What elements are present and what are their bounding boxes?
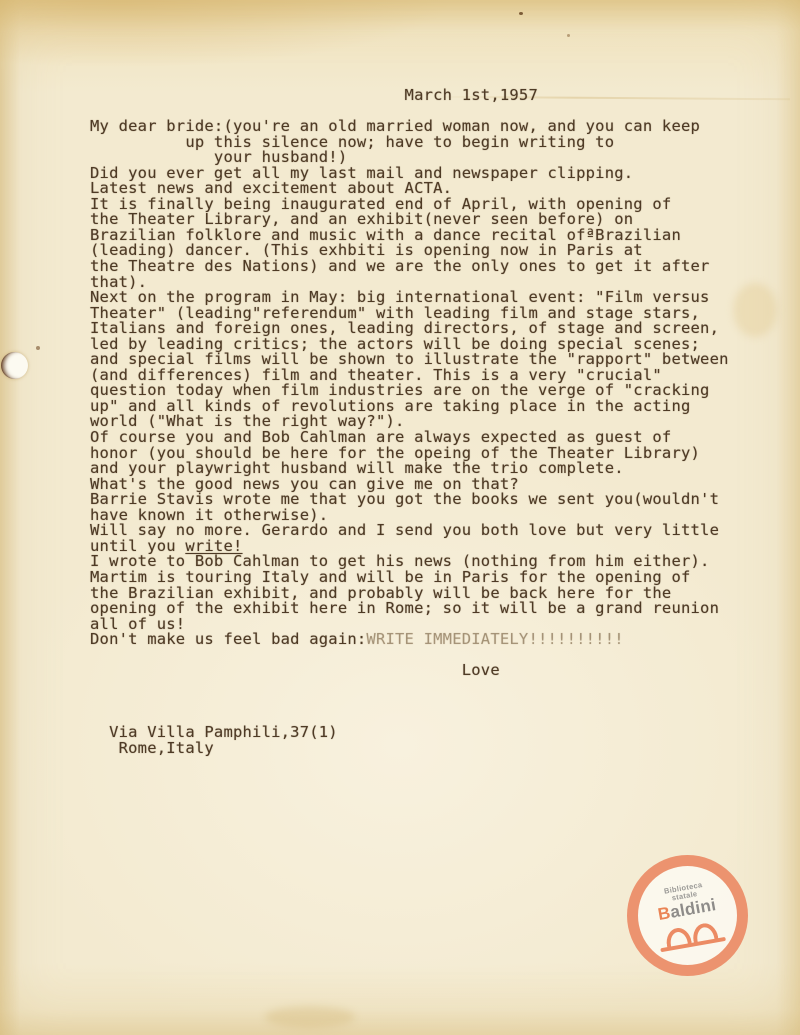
letter-line: Love [90, 663, 770, 679]
paper-speck [519, 12, 523, 15]
punch-hole [1, 352, 28, 379]
paper-speck [567, 34, 570, 37]
letter-line: Don't make us feel bad again:WRITE IMMED… [90, 632, 770, 648]
typed-text: the Theatre des Nations) and we are the … [90, 257, 710, 275]
faint-typed-text: WRITE IMMEDIATELY!!!!!!!!!! [366, 630, 623, 648]
paper-stain [265, 1006, 355, 1028]
letter-line: the Theatre des Nations) and we are the … [90, 259, 770, 275]
paper-speck [36, 346, 40, 350]
letter-line [90, 679, 770, 695]
letter-line: opening of the exhibit here in Rome; so … [90, 601, 770, 617]
letter-line: March 1st,1957 [90, 88, 770, 104]
typed-text: Love [90, 661, 500, 679]
letter-paper: March 1st,1957 My dear bride:(you're an … [0, 0, 800, 1035]
library-stamp-content: Biblioteca statale Baldini [650, 879, 726, 953]
letter-line [90, 694, 770, 710]
library-stamp: Biblioteca statale Baldini [627, 855, 748, 976]
typed-text: March 1st,1957 [90, 86, 538, 104]
letter-body: March 1st,1957 My dear bride:(you're an … [90, 88, 770, 757]
typed-text: Don't make us feel bad again: [90, 630, 366, 648]
typed-text: Rome,Italy [90, 739, 214, 757]
letter-line: Rome,Italy [90, 741, 770, 757]
